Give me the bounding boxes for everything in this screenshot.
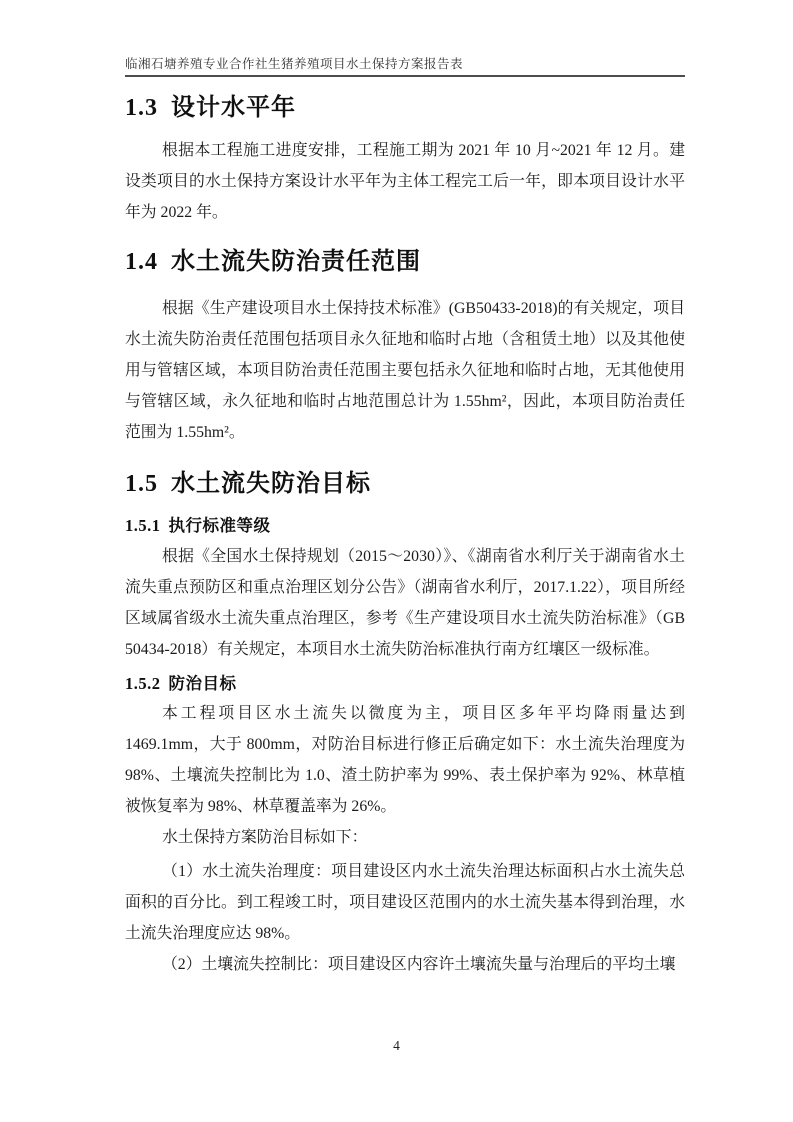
- section-title: 水土流失防治目标: [171, 471, 371, 497]
- page-header: 临湘石塘养殖专业合作社生猪养殖项目水土保持方案报告表: [125, 57, 685, 77]
- paragraph-target-1: （1）水土流失治理度：项目建设区内水土流失治理达标面积占水土流失总面积的百分比。…: [125, 856, 685, 949]
- section-heading-1-4: 1.4水土流失防治责任范围: [125, 248, 685, 276]
- section-number: 1.4: [125, 249, 158, 275]
- subsection-heading-1-5-2: 1.5.2防治目标: [125, 673, 685, 695]
- paragraph-targets-overview: 本工程项目区水土流失以微度为主，项目区多年平均降雨量达到 1469.1mm，大于…: [125, 698, 685, 822]
- section-heading-1-3: 1.3设计水平年: [125, 94, 685, 122]
- section-number: 1.3: [125, 95, 158, 121]
- subsection-number: 1.5.1: [125, 516, 161, 535]
- section-heading-1-5: 1.5水土流失防治目标: [125, 470, 685, 498]
- subsection-title: 执行标准等级: [169, 516, 271, 535]
- paragraph-responsibility-scope: 根据《生产建设项目水土保持技术标准》(GB50433-2018)的有关规定，项目…: [125, 293, 685, 448]
- page-number: 4: [393, 1038, 400, 1053]
- subsection-heading-1-5-1: 1.5.1执行标准等级: [125, 515, 685, 537]
- paragraph-targets-list-intro: 水土保持方案防治目标如下：: [125, 822, 685, 853]
- page-footer: 4: [0, 1038, 793, 1054]
- document-page: 临湘石塘养殖专业合作社生猪养殖项目水土保持方案报告表 1.3设计水平年 根据本工…: [0, 0, 793, 1122]
- paragraph-standard-level: 根据《全国水土保持规划（2015～2030）》、《湖南省水利厅关于湖南省水土流失…: [125, 541, 685, 665]
- subsection-number: 1.5.2: [125, 674, 161, 693]
- section-number: 1.5: [125, 471, 158, 497]
- page-header-title: 临湘石塘养殖专业合作社生猪养殖项目水土保持方案报告表: [125, 57, 463, 71]
- paragraph-target-2: （2）土壤流失控制比：项目建设区内容许土壤流失量与治理后的平均土壤: [125, 949, 685, 980]
- paragraph-design-year: 根据本工程施工进度安排，工程施工期为 2021 年 10 月~2021 年 12…: [125, 135, 685, 228]
- section-title: 水土流失防治责任范围: [171, 249, 421, 275]
- subsection-title: 防治目标: [169, 674, 237, 693]
- section-title: 设计水平年: [171, 95, 296, 121]
